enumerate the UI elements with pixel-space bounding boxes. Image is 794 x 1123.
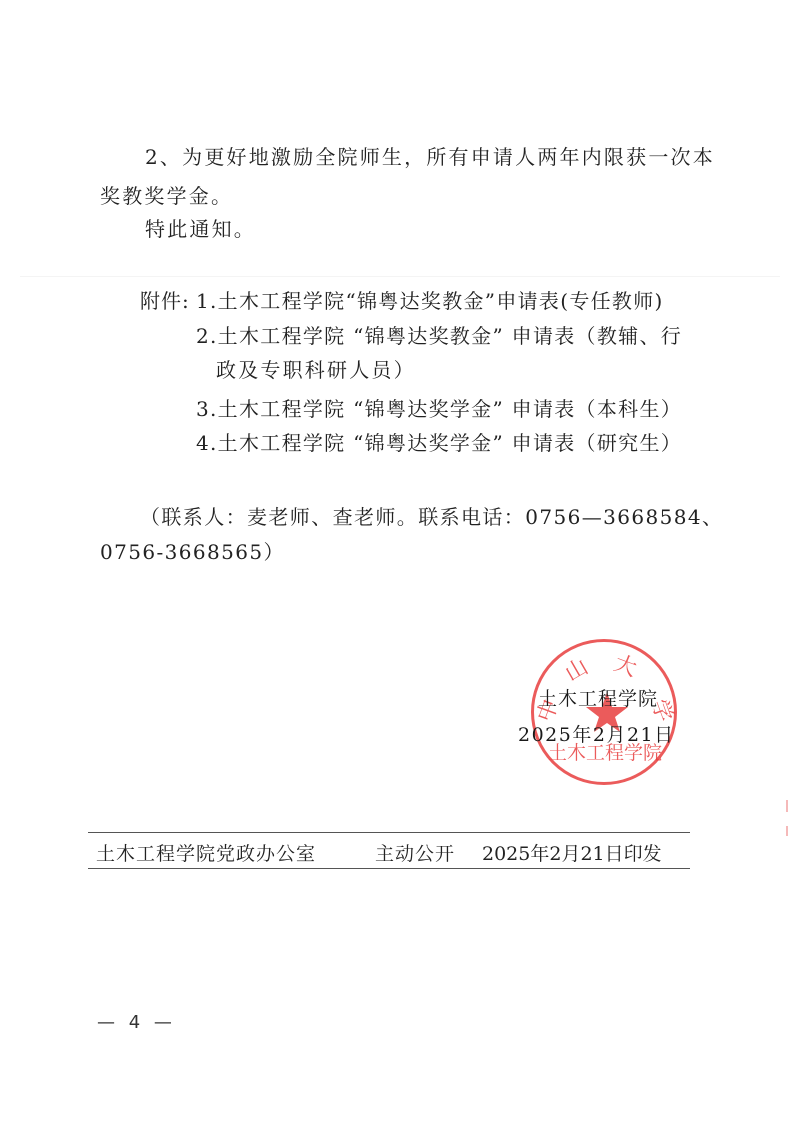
edge-mark-top	[786, 800, 788, 812]
footer-bottom-rule	[88, 868, 690, 869]
attachments-label: 附件:	[140, 289, 190, 313]
attachment-item-2-line-1: 2.土木工程学院 “锦粤达奖教金” 申请表（教辅、行	[196, 324, 682, 348]
footer-disclosure: 主动公开	[375, 843, 455, 865]
edge-mark-bottom	[786, 826, 788, 836]
contact-line-2: 0756-3668565）	[100, 540, 285, 564]
footer-issue-date: 2025年2月21日印发	[482, 843, 662, 865]
attachment-item-4: 4.土木工程学院 “锦粤达奖学金” 申请表（研究生）	[196, 431, 682, 455]
signature-organization: 土木工程学院	[538, 688, 658, 710]
paragraph-2-line-1: 2、为更好地激励全院师生，所有申请人两年内限获一次本	[145, 145, 715, 169]
paragraph-2-line-2: 奖教奖学金。	[100, 184, 233, 208]
footer-office: 土木工程学院党政办公室	[96, 843, 316, 865]
attachment-item-2-line-2: 政及专职科研人员）	[216, 358, 416, 382]
attachment-item-3: 3.土木工程学院 “锦粤达奖学金” 申请表（本科生）	[196, 397, 682, 421]
stamp-char-top-left: 山	[562, 656, 592, 686]
signature-date: 2025年2月21日	[518, 724, 675, 746]
official-seal-stamp: 山 大 中 学 土木工程学院	[531, 639, 677, 785]
attachment-item-1: 1.土木工程学院“锦粤达奖教金”申请表(专任教师)	[196, 289, 664, 313]
contact-line-1: （联系人：麦老师、查老师。联系电话：0756—3668584、	[140, 505, 723, 529]
scan-artifact-line	[20, 276, 780, 277]
stamp-char-top-right: 大	[611, 653, 639, 681]
closing-text: 特此通知。	[145, 217, 256, 241]
page-number: — 4 —	[97, 1012, 176, 1033]
footer-top-rule	[88, 832, 690, 833]
